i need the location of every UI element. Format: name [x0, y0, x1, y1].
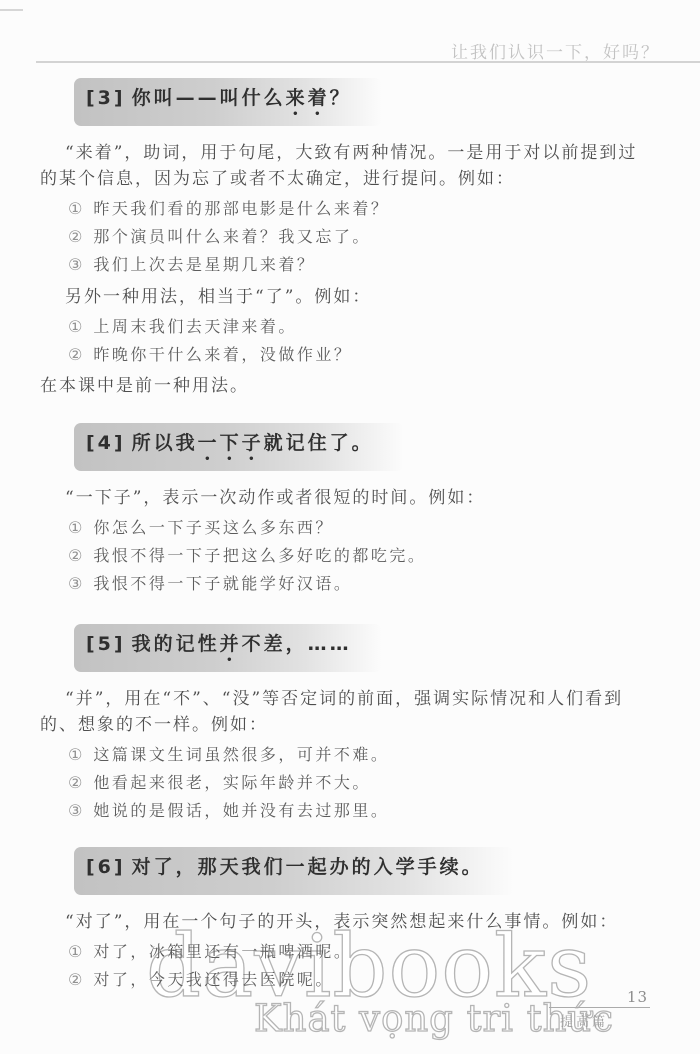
- example-sentence: ③ 她说的是假话，她并没有去过那里。: [68, 801, 644, 821]
- textbook-page: 让我们认识一下，好吗？ davibooks Khát vọng tri thức…: [0, 0, 700, 1054]
- section-title-post: 就记住了。: [264, 432, 374, 454]
- example-text: 他看起来很老，实际年龄并不大。: [93, 773, 371, 793]
- circled-number: ②: [68, 546, 82, 566]
- section-title-pre: 你叫——叫什么: [132, 87, 286, 109]
- section-number: [4]: [86, 432, 126, 454]
- example-sentence: ② 那个演员叫什么来着？我又忘了。: [68, 227, 644, 247]
- example-text: 她说的是假话，她并没有去过那里。: [93, 801, 389, 821]
- example-sentence: ① 昨天我们看的那部电影是什么来着？: [68, 199, 644, 219]
- circled-number: ①: [68, 518, 82, 538]
- explanation-paragraph: “对了”，用在一个句子的开头，表示突然想起来什么事情。例如：: [40, 909, 644, 935]
- example-text: 我恨不得一下子就能学好汉语。: [93, 574, 352, 594]
- circled-number: ②: [68, 227, 82, 247]
- example-sentence: ② 昨晚你干什么来着，没做作业？: [68, 345, 644, 365]
- explanation-paragraph: “一下子”，表示一次动作或者很短的时间。例如：: [40, 485, 644, 511]
- grammar-section-3: [3]你叫——叫什么来着？ “来着”，助词，用于句尾，大致有两种情况。一是用于对…: [40, 0, 644, 399]
- section-title-emphasized: 来着: [286, 87, 330, 109]
- circled-number: ③: [68, 255, 82, 275]
- explanation-paragraph: “来着”，助词，用于句尾，大致有两种情况。一是用于对以前提到过的某个信息，因为忘…: [40, 140, 644, 192]
- example-sentence: ① 这篇课文生词虽然很多，可并不难。: [68, 745, 644, 765]
- section-number: [3]: [86, 87, 126, 109]
- example-text: 昨晚你干什么来着，没做作业？: [93, 345, 352, 365]
- section-title-emphasized: 一下子: [198, 432, 264, 454]
- circled-number: ③: [68, 574, 82, 594]
- circled-number: ③: [68, 801, 82, 821]
- example-sentence: ① 对了，冰箱里还有一瓶啤酒呢。: [68, 942, 644, 962]
- section-title-post: ？: [330, 87, 352, 109]
- explanation-paragraph: “并”，用在“不”、“没”等否定词的前面，强调实际情况和人们看到的、想象的不一样…: [40, 686, 644, 738]
- example-sentence: ① 你怎么一下子买这么多东西？: [68, 518, 644, 538]
- circled-number: ②: [68, 970, 82, 990]
- section-heading: [5]我的记性并不差，……: [74, 624, 382, 672]
- circled-number: ②: [68, 345, 82, 365]
- example-sentence: ② 对了，今天我还得去医院呢。: [68, 970, 644, 990]
- page-content: [3]你叫——叫什么来着？ “来着”，助词，用于句尾，大致有两种情况。一是用于对…: [40, 0, 644, 990]
- usage-note: 在本课中是前一种用法。: [40, 373, 644, 399]
- page-number: 13: [627, 988, 648, 1006]
- section-title-pre: 我的记性: [132, 633, 220, 655]
- example-text: 这篇课文生词虽然很多，可并不难。: [93, 745, 389, 765]
- circled-number: ①: [68, 317, 82, 337]
- circled-number: ①: [68, 942, 82, 962]
- example-text: 上周末我们去天津来着。: [93, 317, 297, 337]
- footer-section-label: 提高篇: [560, 1011, 608, 1030]
- section-title-post: 不差，……: [242, 633, 352, 655]
- circled-number: ②: [68, 773, 82, 793]
- example-text: 对了，今天我还得去医院呢。: [93, 970, 334, 990]
- section-number: [5]: [86, 633, 126, 655]
- footer-rule: [549, 1007, 650, 1008]
- example-sentence: ② 我恨不得一下子把这么多好吃的都吃完。: [68, 546, 644, 566]
- grammar-section-4: [4]所以我一下子就记住了。 “一下子”，表示一次动作或者很短的时间。例如： ①…: [40, 399, 644, 594]
- example-text: 对了，冰箱里还有一瓶啤酒呢。: [93, 942, 352, 962]
- grammar-section-6: [6]对了，那天我们一起办的入学手续。 “对了”，用在一个句子的开头，表示突然想…: [40, 821, 644, 990]
- example-text: 我们上次去是星期几来着？: [93, 255, 315, 275]
- example-sentence: ② 他看起来很老，实际年龄并不大。: [68, 773, 644, 793]
- example-text: 昨天我们看的那部电影是什么来着？: [93, 199, 389, 219]
- example-sentence: ③ 我恨不得一下子就能学好汉语。: [68, 574, 644, 594]
- section-heading: [6]对了，那天我们一起办的入学手续。: [74, 847, 514, 895]
- section-heading: [3]你叫——叫什么来着？: [74, 78, 382, 126]
- scan-artifact-dash: [0, 9, 23, 11]
- section-number: [6]: [86, 856, 126, 878]
- section-title-pre: 所以我: [132, 432, 198, 454]
- section-heading: [4]所以我一下子就记住了。: [74, 423, 404, 471]
- example-sentence: ③ 我们上次去是星期几来着？: [68, 255, 644, 275]
- section-title-pre: 对了，那天我们一起办的入学手续。: [132, 856, 484, 878]
- example-sentence: ① 上周末我们去天津来着。: [68, 317, 644, 337]
- grammar-section-5: [5]我的记性并不差，…… “并”，用在“不”、“没”等否定词的前面，强调实际情…: [40, 594, 644, 821]
- explanation-paragraph: 另外一种用法，相当于“了”。例如：: [40, 284, 644, 310]
- section-title-emphasized: 并: [220, 633, 242, 655]
- example-text: 你怎么一下子买这么多东西？: [93, 518, 334, 538]
- example-text: 那个演员叫什么来着？我又忘了。: [93, 227, 371, 247]
- circled-number: ①: [68, 745, 82, 765]
- example-text: 我恨不得一下子把这么多好吃的都吃完。: [93, 546, 426, 566]
- circled-number: ①: [68, 199, 82, 219]
